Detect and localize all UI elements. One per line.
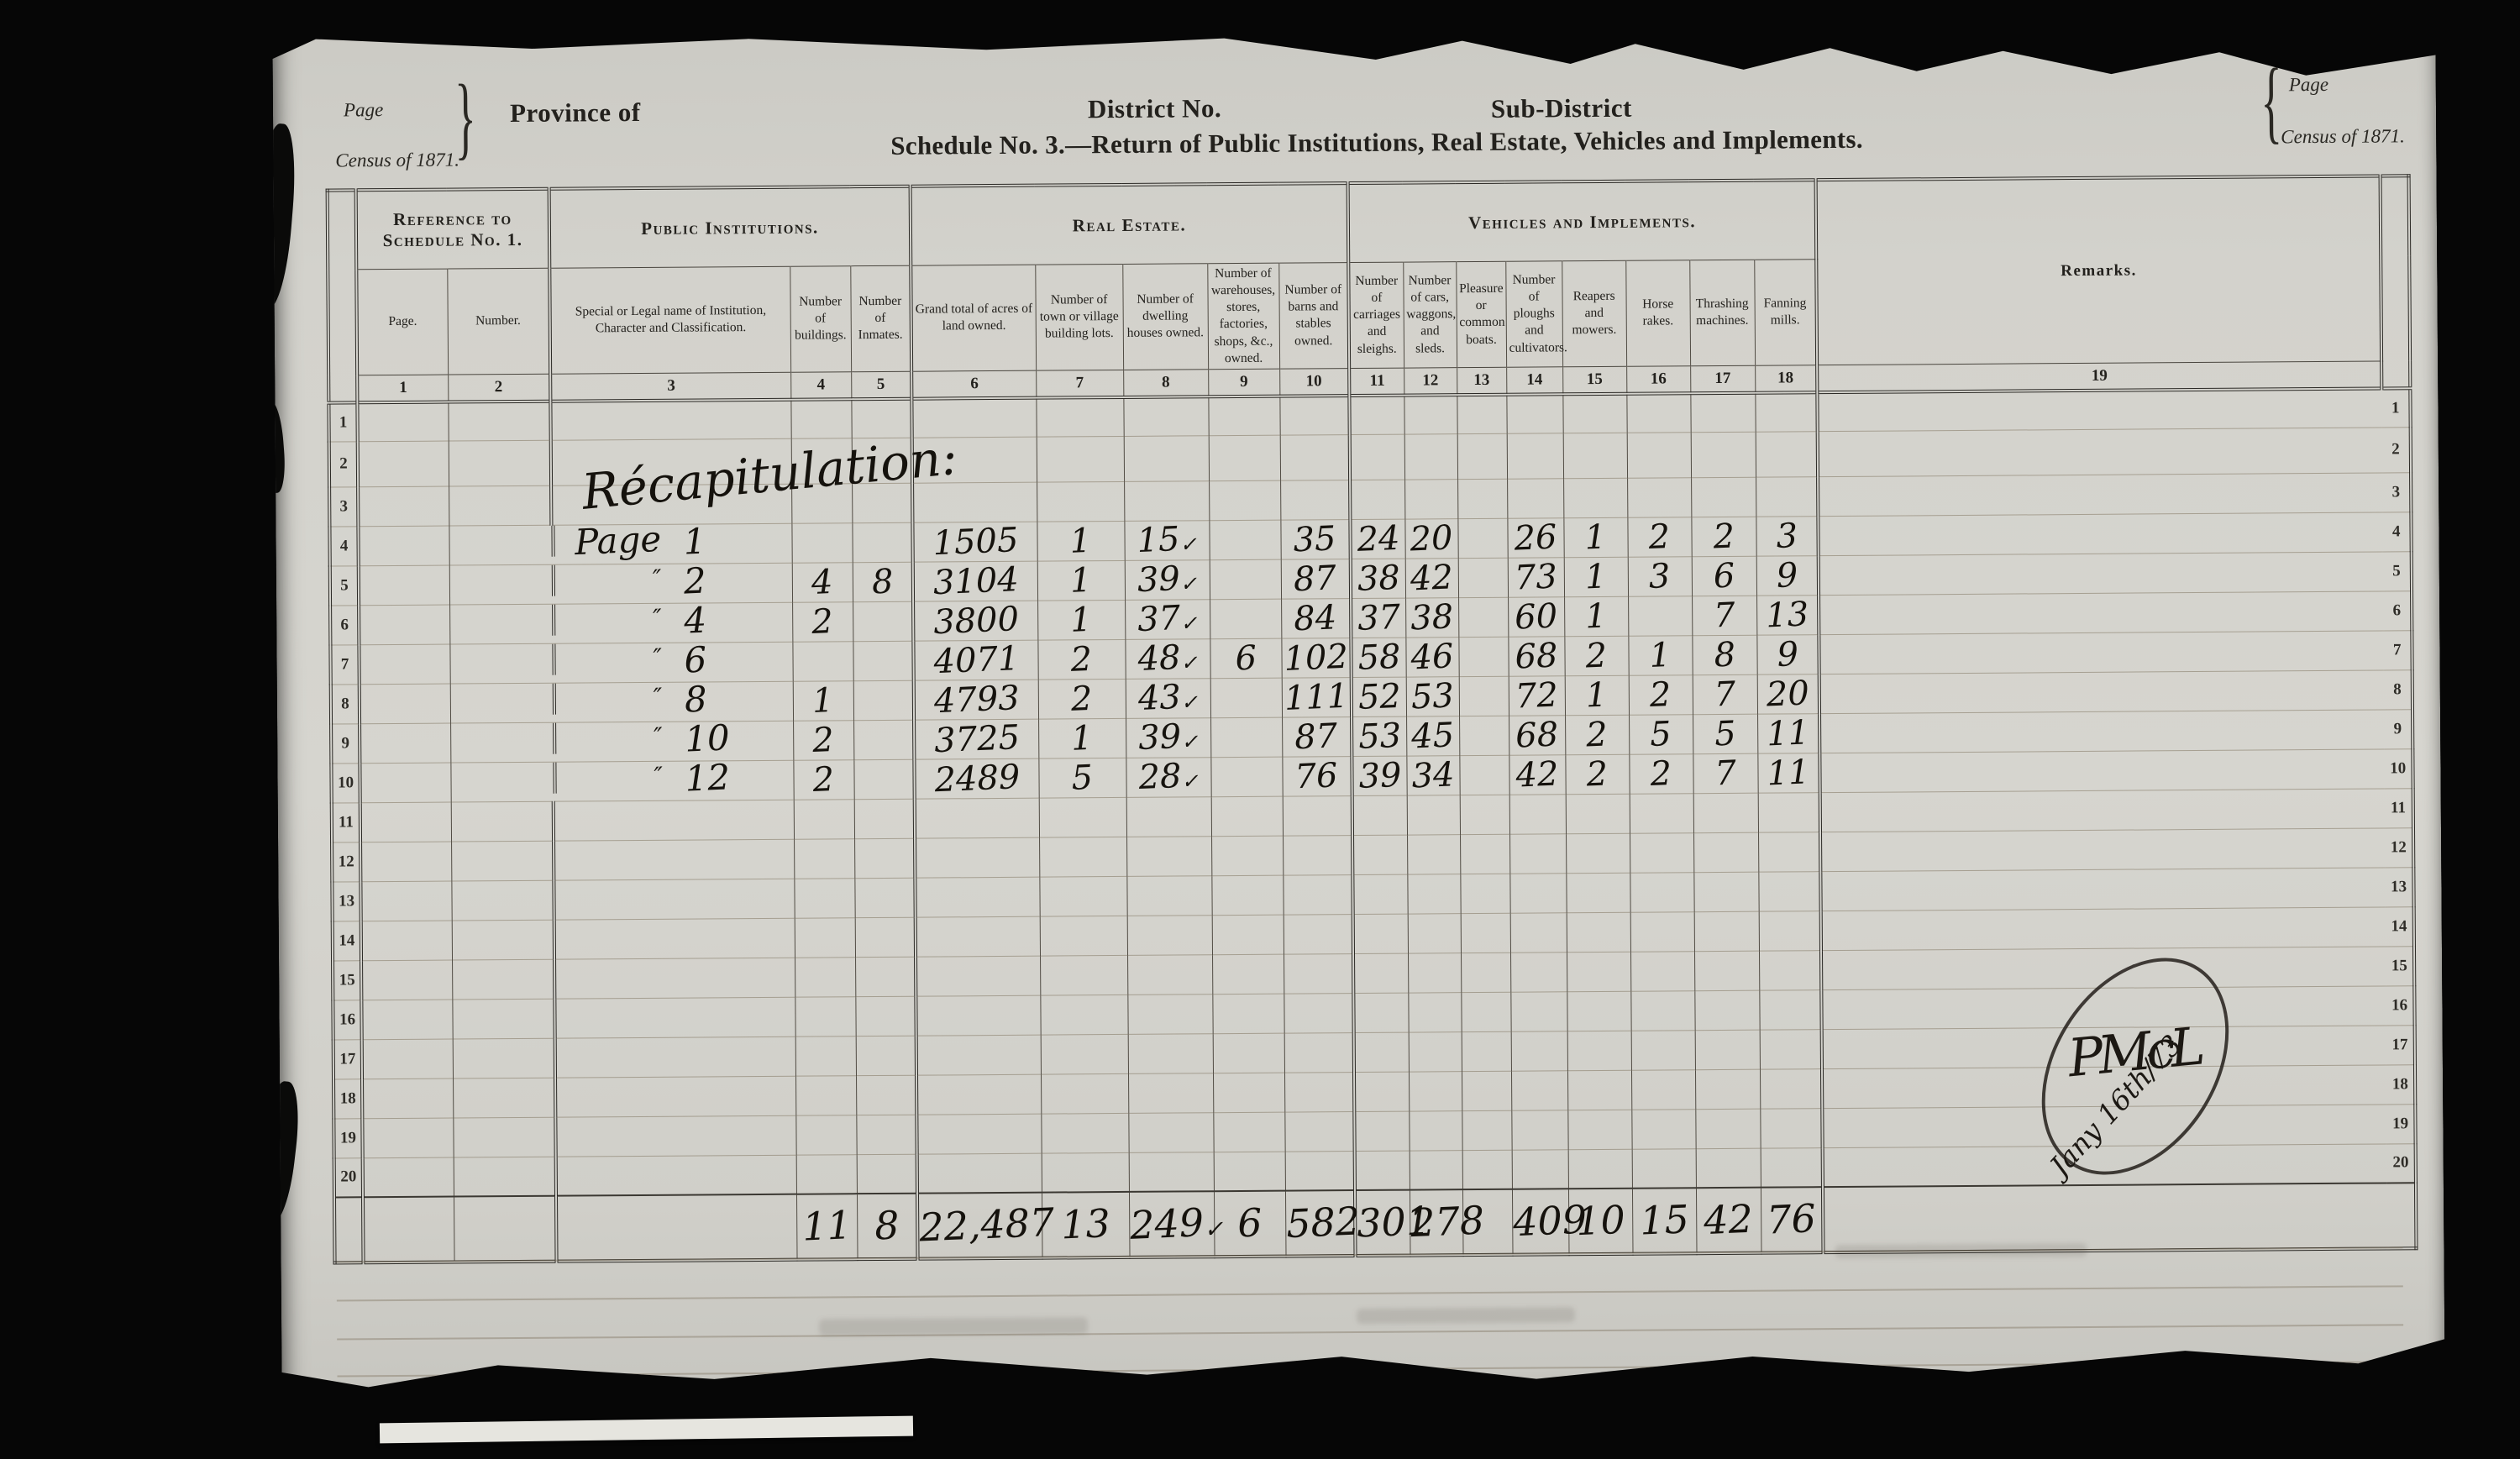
cell-c11: 37: [1351, 598, 1405, 638]
cell-institution-name: [555, 1076, 795, 1117]
handwritten-value: 10: [1575, 1203, 1625, 1240]
cell-c14: [1511, 1031, 1567, 1070]
cell-c11: [1350, 480, 1404, 519]
check-mark: ✓: [1180, 572, 1198, 596]
cell-c18: [1759, 911, 1821, 951]
cell-remarks: [1818, 473, 2382, 517]
group-header-vehicles: Vehicles and Implements.: [1348, 180, 1817, 262]
cell-ref-number: [449, 604, 552, 644]
cell-c13: [1458, 558, 1508, 597]
cell-c15: [1563, 478, 1627, 518]
col-label-boats: Pleasure or common boats.: [1456, 261, 1506, 367]
cell-remarks: [1821, 907, 2386, 951]
handwritten-value: 38: [1410, 601, 1454, 633]
handwritten-value: 3725: [933, 722, 1020, 756]
group-header-row: Reference to Schedule No. 1. Public Inst…: [328, 176, 2410, 270]
handwritten-value: 15: [1639, 1202, 1689, 1239]
cell-c18: [1758, 792, 1820, 832]
totals-c4: 11: [796, 1194, 858, 1260]
cell-c11: [1353, 953, 1408, 993]
cell-c18: [1759, 989, 1821, 1030]
handwritten-value: 8: [871, 566, 894, 597]
cell-c14: 72: [1509, 675, 1565, 715]
row-number-right: 5: [2383, 551, 2412, 590]
cell-c11: [1352, 874, 1407, 914]
cell-c5: [853, 759, 914, 800]
totals-c17: 42: [1696, 1188, 1761, 1254]
next-page-edge: [380, 1416, 913, 1444]
cell-c11: 52: [1352, 677, 1406, 716]
cell-c6: 4793: [914, 680, 1038, 720]
cell-c10: [1283, 795, 1352, 836]
handwritten-value: 278: [1410, 1203, 1484, 1241]
handwritten-value: 87: [1294, 563, 1337, 595]
cell-ref-number: [449, 485, 551, 526]
cell-c18: [1756, 476, 1818, 517]
cell-ref-number: [454, 1157, 556, 1197]
cell-c12: [1404, 434, 1457, 480]
page-ref-number: 1: [673, 522, 792, 559]
row-number-right: 3: [2382, 472, 2411, 512]
cell-c7: 1: [1037, 521, 1124, 561]
handwritten-value: 1: [1584, 522, 1607, 553]
gutter-header-left: [328, 190, 358, 402]
page-label-right: Page: [2289, 74, 2328, 96]
cell-c14: 68: [1508, 636, 1564, 675]
cell-c17: [1690, 393, 1755, 433]
cell-c7: 2: [1038, 679, 1126, 719]
cell-c18: 13: [1756, 595, 1819, 635]
cell-c17: [1691, 477, 1756, 517]
handwritten-value: 9: [1776, 559, 1798, 590]
cell-c9: [1210, 717, 1282, 758]
cell-c18: 3: [1756, 516, 1818, 556]
cell-c13: [1461, 913, 1510, 953]
province-label: Province of: [510, 97, 641, 129]
cell-ref-page: [359, 605, 449, 645]
cell-c11: [1353, 914, 1408, 953]
cell-c16: [1630, 832, 1693, 873]
cell-c6: 3104: [913, 561, 1037, 601]
cell-c5: [853, 720, 914, 760]
col-num: 19: [1817, 361, 2381, 392]
cell-c9: [1212, 994, 1284, 1034]
cell-remarks: [1819, 710, 2384, 753]
handwritten-value: 1: [1585, 601, 1608, 632]
gutter-header-right: [2381, 176, 2411, 388]
col-num: 16: [1626, 366, 1690, 394]
handwritten-value: 39✓: [1138, 721, 1199, 753]
cell-c5: [855, 957, 916, 997]
handwritten-value: 1: [1069, 525, 1092, 556]
cell-c8: 43✓: [1126, 678, 1210, 718]
col-num: 10: [1279, 368, 1349, 396]
cell-c14: [1510, 952, 1567, 991]
cell-c16: [1627, 433, 1691, 478]
cell-c14: [1507, 478, 1563, 517]
handwritten-value: 3800: [932, 604, 1019, 638]
page-label-left: Page: [344, 99, 383, 121]
handwritten-value: 8: [874, 1208, 900, 1244]
cell-c16: 3: [1628, 556, 1692, 596]
totals-remarks: [1823, 1183, 2388, 1252]
handwritten-value: 6: [1236, 1205, 1263, 1241]
cell-c10: 76: [1282, 756, 1352, 796]
col-label-reapers: Reapers and mowers.: [1562, 260, 1626, 366]
cell-ref-number: [451, 880, 554, 921]
handwritten-value: 76: [1294, 760, 1338, 792]
handwritten-value: 582: [1285, 1204, 1360, 1241]
totals-c9: 6: [1214, 1191, 1286, 1257]
page-ref-label: ″: [556, 764, 675, 790]
cell-remarks: [1819, 631, 2384, 674]
col-label-waggons: Number of cars, waggons, and sleds.: [1403, 262, 1457, 368]
handwritten-value: 1: [1071, 722, 1094, 753]
row-number-left: 9: [331, 723, 360, 763]
torn-edge-mark: [259, 400, 287, 494]
cell-c17: 8: [1692, 635, 1756, 675]
cell-c4: 2: [792, 601, 853, 642]
cell-ref-page: [361, 960, 452, 1000]
cell-c12: [1407, 874, 1460, 913]
cell-c9: [1211, 875, 1283, 916]
cell-c6: [916, 995, 1040, 1036]
cell-remarks: [1819, 552, 2383, 596]
cell-ref-number: [453, 1078, 555, 1118]
cell-c17: [1693, 832, 1758, 873]
cell-c4: 1: [793, 680, 853, 721]
row-number-left: 1: [328, 402, 357, 442]
col-label-warehouses: Number of warehouses, stores, factories,…: [1207, 263, 1279, 369]
row-number-right: 9: [2384, 709, 2412, 748]
cell-c7: [1039, 876, 1126, 916]
cell-c12: [1408, 953, 1461, 992]
cell-c13: [1462, 1110, 1511, 1150]
cell-c7: 1: [1037, 560, 1125, 601]
col-num: 12: [1404, 368, 1457, 396]
col-label-institution: Special or Legal name of Institution, Ch…: [549, 266, 790, 374]
row-number-left: 20: [334, 1157, 363, 1197]
cell-c10: 102: [1281, 638, 1351, 678]
cell-c4: [795, 917, 855, 958]
cell-c15: 2: [1565, 715, 1629, 755]
handwritten-value: 87: [1294, 721, 1338, 753]
cell-c16: 2: [1627, 517, 1691, 557]
cell-c8: 28✓: [1126, 757, 1210, 797]
cell-c17: [1694, 911, 1759, 952]
cell-ref-number: [453, 1038, 555, 1079]
bleedthrough-smudge: [819, 1317, 1088, 1336]
ruled-line: [337, 1285, 2403, 1301]
census-label-left: Census of 1871.: [335, 149, 459, 171]
cell-c13: [1459, 716, 1509, 755]
cell-c8: [1127, 954, 1212, 995]
cell-c18: 9: [1756, 555, 1819, 596]
cell-c15: [1566, 794, 1630, 834]
cell-c18: 9: [1756, 634, 1819, 674]
totals-c7: 13: [1042, 1192, 1130, 1258]
cell-c9: [1208, 396, 1279, 436]
col-num: 18: [1755, 365, 1817, 393]
page-ref-number: 6: [673, 640, 792, 677]
cell-c5: [852, 522, 912, 563]
cell-c6: [916, 956, 1040, 996]
check-mark: ✓: [1179, 533, 1197, 557]
cell-c4: [794, 838, 854, 879]
handwritten-value: 6: [1713, 560, 1735, 591]
handwritten-value: 3: [1775, 520, 1798, 551]
cell-remarks: [1819, 512, 2383, 556]
cell-c7: [1041, 1034, 1128, 1074]
col-num: 15: [1562, 366, 1626, 394]
cell-ref-number: [450, 683, 553, 723]
cell-c4: 4: [792, 562, 853, 602]
cell-c17: [1694, 951, 1759, 991]
census-label-right: Census of 1871.: [2281, 125, 2405, 148]
cell-institution-name: [554, 918, 795, 959]
cell-c9: [1210, 757, 1282, 797]
cell-c15: [1567, 912, 1630, 953]
cell-c15: 1: [1564, 596, 1628, 637]
row-number-right: 20: [2387, 1143, 2416, 1183]
totals-c12: 278: [1410, 1189, 1463, 1255]
row-number-left: 5: [330, 565, 359, 605]
col-num: 7: [1036, 370, 1123, 397]
cell-c11: 39: [1352, 756, 1406, 795]
cell-c16: [1630, 990, 1694, 1031]
cell-c9: [1209, 480, 1280, 521]
cell-c11: 38: [1351, 559, 1405, 598]
cell-institution-name: ″6: [552, 642, 792, 675]
brace-right: {: [2260, 55, 2282, 148]
col-label-lots: Number of town or village building lots.: [1035, 264, 1123, 370]
handwritten-value: 22,487: [919, 1205, 1056, 1246]
handwritten-value: 9: [1776, 638, 1798, 669]
cell-ref-page: [361, 921, 452, 961]
cell-ref-page: [358, 441, 449, 486]
col-label-acres: Grand total of acres of land owned.: [911, 265, 1036, 371]
cell-c14: [1506, 394, 1562, 433]
cell-c5: [854, 838, 915, 879]
group-header-public-institutions: Public Institutions.: [549, 186, 911, 268]
group-header-real-estate: Real Estate.: [911, 183, 1349, 265]
col-num: 17: [1690, 365, 1755, 393]
cell-ref-number: [450, 722, 553, 763]
cell-c14: 26: [1507, 517, 1563, 557]
col-num: 13: [1457, 367, 1506, 395]
handwritten-value: 35: [1293, 523, 1336, 555]
handwritten-value: 2: [1585, 640, 1608, 671]
cell-institution-name: ″10: [553, 721, 793, 754]
handwritten-value: 7: [1714, 758, 1737, 789]
totals-c10: 582: [1285, 1190, 1356, 1257]
cell-c6: [916, 916, 1040, 957]
cell-c15: [1563, 433, 1627, 479]
cell-c16: [1630, 911, 1694, 952]
bleedthrough-smudge: [1357, 1307, 1575, 1324]
cell-c12: [1408, 913, 1461, 953]
cell-c8: [1124, 480, 1209, 521]
row-number-right: 1: [2381, 388, 2410, 428]
cell-remarks: [1818, 388, 2382, 432]
cell-c5: [853, 680, 914, 721]
cell-c9: [1213, 1112, 1284, 1152]
handwritten-value: 2: [1649, 680, 1672, 711]
cell-institution-name: [554, 958, 795, 999]
cell-c13: [1462, 1150, 1512, 1189]
cell-c14: 73: [1508, 557, 1564, 596]
cell-c14: [1509, 794, 1566, 833]
col-num: 1: [357, 375, 448, 402]
cell-c5: [853, 601, 913, 642]
handwritten-value: 111: [1284, 680, 1349, 713]
cell-c6: [916, 1035, 1041, 1075]
cell-c10: 35: [1280, 519, 1350, 559]
cell-institution-name: ″2: [552, 563, 792, 596]
totals-name: [556, 1194, 797, 1262]
cell-c4: [795, 996, 855, 1037]
cell-c11: 24: [1350, 519, 1404, 559]
handwritten-value: 1: [1070, 604, 1093, 635]
cell-c10: 111: [1282, 677, 1352, 717]
page-ref-label: ″: [555, 646, 675, 672]
cell-c16: 5: [1629, 714, 1693, 754]
col-label-barns: Number of barns and stables owned.: [1278, 263, 1349, 369]
cell-c17: 7: [1693, 753, 1757, 794]
handwritten-value: 6: [1235, 643, 1257, 674]
handwritten-value: 15✓: [1137, 523, 1197, 556]
cell-c12: 53: [1406, 676, 1459, 716]
cell-c8: 39✓: [1126, 717, 1210, 758]
handwritten-value: 42: [1515, 758, 1559, 790]
cell-remarks: [1819, 591, 2383, 635]
handwritten-value: 68: [1515, 719, 1559, 751]
cell-c7: [1037, 437, 1124, 482]
cell-c18: [1756, 432, 1818, 477]
cell-c11: [1354, 1111, 1409, 1151]
cell-c5: [855, 917, 916, 958]
cell-c6: 3725: [914, 719, 1038, 759]
handwritten-value: 3104: [932, 564, 1019, 598]
cell-c15: [1567, 952, 1630, 992]
handwritten-value: 1: [1649, 640, 1672, 671]
cell-institution-name: [554, 839, 794, 880]
cell-c6: [917, 1153, 1042, 1194]
cell-ref-number: [452, 920, 554, 960]
cell-c6: 2489: [914, 758, 1038, 799]
row-number-left: 10: [331, 763, 360, 802]
cell-c10: [1284, 1072, 1354, 1112]
cell-ref-page: [360, 802, 451, 842]
handwritten-value: 73: [1514, 561, 1557, 593]
cell-ref-number: [449, 441, 551, 486]
handwritten-value: 5: [1071, 762, 1094, 793]
cell-c17: [1695, 1069, 1760, 1110]
group-header-remarks: Remarks.: [1816, 176, 2382, 365]
cell-c13: [1458, 597, 1508, 637]
cell-c5: [855, 996, 916, 1037]
cell-c7: 2: [1037, 639, 1125, 680]
totals-c16: 15: [1632, 1188, 1697, 1254]
row-number-left: 8: [331, 684, 360, 723]
handwritten-value: 1: [1069, 564, 1092, 596]
cell-c7: [1041, 1113, 1128, 1153]
cell-c12: [1408, 992, 1461, 1031]
page-ref-label: ″: [554, 567, 674, 593]
cell-institution-name: [555, 1115, 795, 1157]
col-label-carriages: Number of carriages and sleighs.: [1348, 262, 1404, 368]
cell-c16: [1627, 477, 1691, 517]
cell-c11: [1354, 1032, 1409, 1072]
cell-c5: [856, 1036, 916, 1076]
cell-c10: [1283, 874, 1352, 915]
cell-c12: 20: [1404, 518, 1457, 558]
bleedthrough-smudge: [1835, 1243, 2087, 1258]
cell-c8: 15✓: [1124, 520, 1209, 560]
handwritten-value: 37✓: [1137, 602, 1198, 635]
handwritten-value: 3: [1648, 561, 1671, 592]
cell-c12: [1407, 795, 1460, 834]
handwritten-value: 39: [1358, 759, 1402, 791]
cell-c17: [1693, 872, 1758, 912]
cell-c8: 39✓: [1125, 559, 1210, 600]
cell-c13: [1460, 834, 1509, 874]
cell-c9: [1210, 559, 1281, 600]
cell-c16: [1631, 1030, 1695, 1070]
cell-c13: [1461, 992, 1510, 1031]
row-number-left: 4: [329, 526, 358, 565]
cell-c8: [1123, 396, 1208, 437]
handwritten-value: 2: [1586, 719, 1609, 750]
handwritten-value: 24: [1357, 522, 1400, 554]
cell-c9: [1210, 599, 1281, 639]
cell-ref-number: [450, 762, 553, 802]
cell-c12: 46: [1405, 637, 1458, 676]
handwritten-value: 53: [1410, 680, 1454, 712]
cell-c8: 37✓: [1125, 599, 1210, 639]
brace-left: }: [454, 71, 476, 164]
cell-c10: [1284, 914, 1353, 954]
handwritten-value: 26: [1514, 522, 1557, 554]
torn-edge-mark: [249, 123, 300, 310]
cell-ref-page: [358, 526, 449, 566]
cell-c4: [791, 522, 852, 563]
cell-c7: [1040, 955, 1127, 995]
handwritten-value: 4071: [933, 643, 1020, 677]
cell-c8: [1129, 1152, 1214, 1192]
cell-ref-page: [362, 1118, 453, 1158]
cell-c13: [1460, 795, 1509, 834]
cell-c16: [1628, 596, 1692, 636]
cell-c14: [1510, 912, 1567, 952]
cell-c17: [1694, 990, 1759, 1031]
cell-c11: [1354, 1072, 1409, 1111]
cell-c10: [1280, 480, 1350, 520]
handwritten-value: 2: [1586, 758, 1609, 790]
cell-c10: 87: [1282, 716, 1352, 757]
row-number-right: 11: [2385, 788, 2413, 827]
cell-c6: [916, 1114, 1041, 1154]
handwritten-value: 2: [1070, 683, 1093, 714]
page-ref-label: Page: [554, 522, 674, 559]
handwritten-value: 13: [1765, 599, 1809, 631]
col-num: 4: [790, 372, 851, 400]
col-label-fanning: Fanning mills.: [1754, 260, 1817, 365]
cell-c4: [795, 1115, 856, 1155]
cell-c5: 8: [853, 562, 913, 602]
cell-c4: [794, 799, 854, 839]
cell-c7: [1041, 1073, 1128, 1114]
